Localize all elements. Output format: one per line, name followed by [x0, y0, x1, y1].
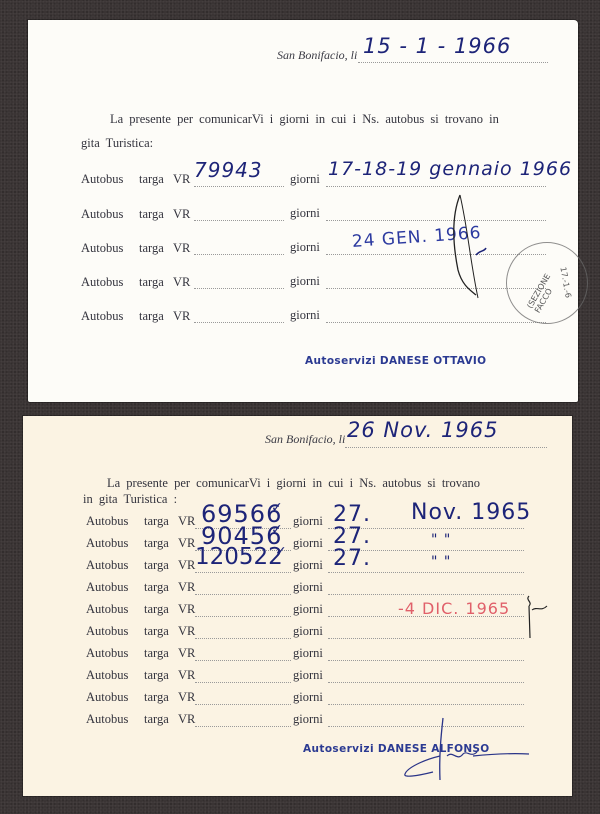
row-label: AutobustargaVR: [86, 602, 195, 617]
giorni-label: giorni: [293, 558, 323, 573]
place-date-label: San Bonifacio, li: [277, 48, 357, 63]
postcard-ottavio: San Bonifacio, li 15 - 1 - 1966 La prese…: [28, 20, 578, 402]
handwritten-date: 26 Nov. 1965: [347, 418, 498, 442]
date-dotted-line: [345, 447, 547, 448]
targa-dots: [195, 616, 291, 617]
intro-text-line1: La presente per comunicarVi i giorni in …: [110, 112, 499, 127]
giorni-dots: [328, 572, 524, 573]
row-label: AutobustargaVR: [81, 275, 190, 290]
pen-mark-icon: [448, 190, 488, 300]
giorni-dots: [326, 322, 546, 323]
targa-dots: [194, 186, 284, 187]
targa-dots: [194, 288, 284, 289]
giorni-dots: [328, 638, 524, 639]
giorni-dots: [326, 220, 546, 221]
received-date-stamp: -4 DIC. 1965: [398, 599, 510, 618]
giorni-label: giorni: [293, 514, 323, 529]
row-label: AutobustargaVR: [86, 646, 195, 661]
check-mark-icon: ✓: [271, 500, 284, 516]
targa-dots: [195, 638, 291, 639]
targa-dots: [195, 682, 291, 683]
targa-dots: [195, 572, 291, 573]
giorni-dots: [326, 186, 546, 187]
row-label: AutobustargaVR: [86, 668, 195, 683]
row-label: AutobustargaVR: [81, 309, 190, 324]
ditto-marks: " ": [431, 532, 451, 548]
pen-mark-icon: [523, 592, 553, 642]
targa-dots: [194, 254, 284, 255]
giorni-label: giorni: [293, 580, 323, 595]
row-label: AutobustargaVR: [86, 624, 195, 639]
date-dotted-line: [358, 62, 548, 63]
company-name: Autoservizi DANESE OTTAVIO: [305, 355, 486, 367]
giorni-dots: [326, 254, 546, 255]
row-label: AutobustargaVR: [81, 172, 190, 187]
row-label: AutobustargaVR: [81, 207, 190, 222]
targa-dots: [195, 704, 291, 705]
row-label: AutobustargaVR: [81, 241, 190, 256]
check-mark-icon: ✓: [271, 522, 284, 538]
giorni-label: giorni: [290, 206, 320, 221]
giorni-value: 17-18-19 gennaio 1966: [328, 158, 572, 180]
check-mark-icon: ✓: [275, 544, 288, 560]
giorni-label: giorni: [290, 240, 320, 255]
targa-value: 120522: [195, 544, 283, 570]
giorni-day: 27.: [333, 546, 371, 571]
row-label: AutobustargaVR: [86, 558, 195, 573]
row-label: AutobustargaVR: [86, 690, 195, 705]
giorni-dots: [328, 594, 524, 595]
giorni-label: giorni: [293, 602, 323, 617]
targa-value: 79943: [194, 158, 263, 182]
handwritten-date: 15 - 1 - 1966: [363, 34, 511, 58]
giorni-label: giorni: [290, 274, 320, 289]
intro-text-line2: gita Turistica:: [81, 136, 153, 151]
row-label: AutobustargaVR: [86, 580, 195, 595]
giorni-label: giorni: [293, 668, 323, 683]
intro-text-line2: in gita Turistica :: [83, 492, 177, 507]
row-label: AutobustargaVR: [86, 712, 195, 727]
giorni-dots: [328, 704, 524, 705]
giorni-month: Nov. 1965: [411, 500, 531, 525]
targa-dots: [195, 726, 291, 727]
postcard-alfonso: San Bonifacio, li 26 Nov. 1965 La presen…: [23, 416, 572, 796]
giorni-dots: [328, 682, 524, 683]
targa-dots: [194, 322, 284, 323]
giorni-label: giorni: [293, 690, 323, 705]
giorni-label: giorni: [293, 712, 323, 727]
ditto-marks: " ": [431, 554, 451, 570]
targa-dots: [194, 220, 284, 221]
row-label: AutobustargaVR: [86, 514, 195, 529]
targa-dots: [195, 660, 291, 661]
signature-icon: [393, 716, 533, 786]
giorni-label: giorni: [293, 624, 323, 639]
intro-text-line1: La presente per comunicarVi i giorni in …: [107, 476, 480, 491]
row-label: AutobustargaVR: [86, 536, 195, 551]
giorni-label: giorni: [293, 646, 323, 661]
giorni-label: giorni: [290, 172, 320, 187]
targa-dots: [195, 594, 291, 595]
giorni-label: giorni: [290, 308, 320, 323]
place-date-label: San Bonifacio, li: [265, 432, 345, 447]
giorni-label: giorni: [293, 536, 323, 551]
giorni-dots: [328, 660, 524, 661]
